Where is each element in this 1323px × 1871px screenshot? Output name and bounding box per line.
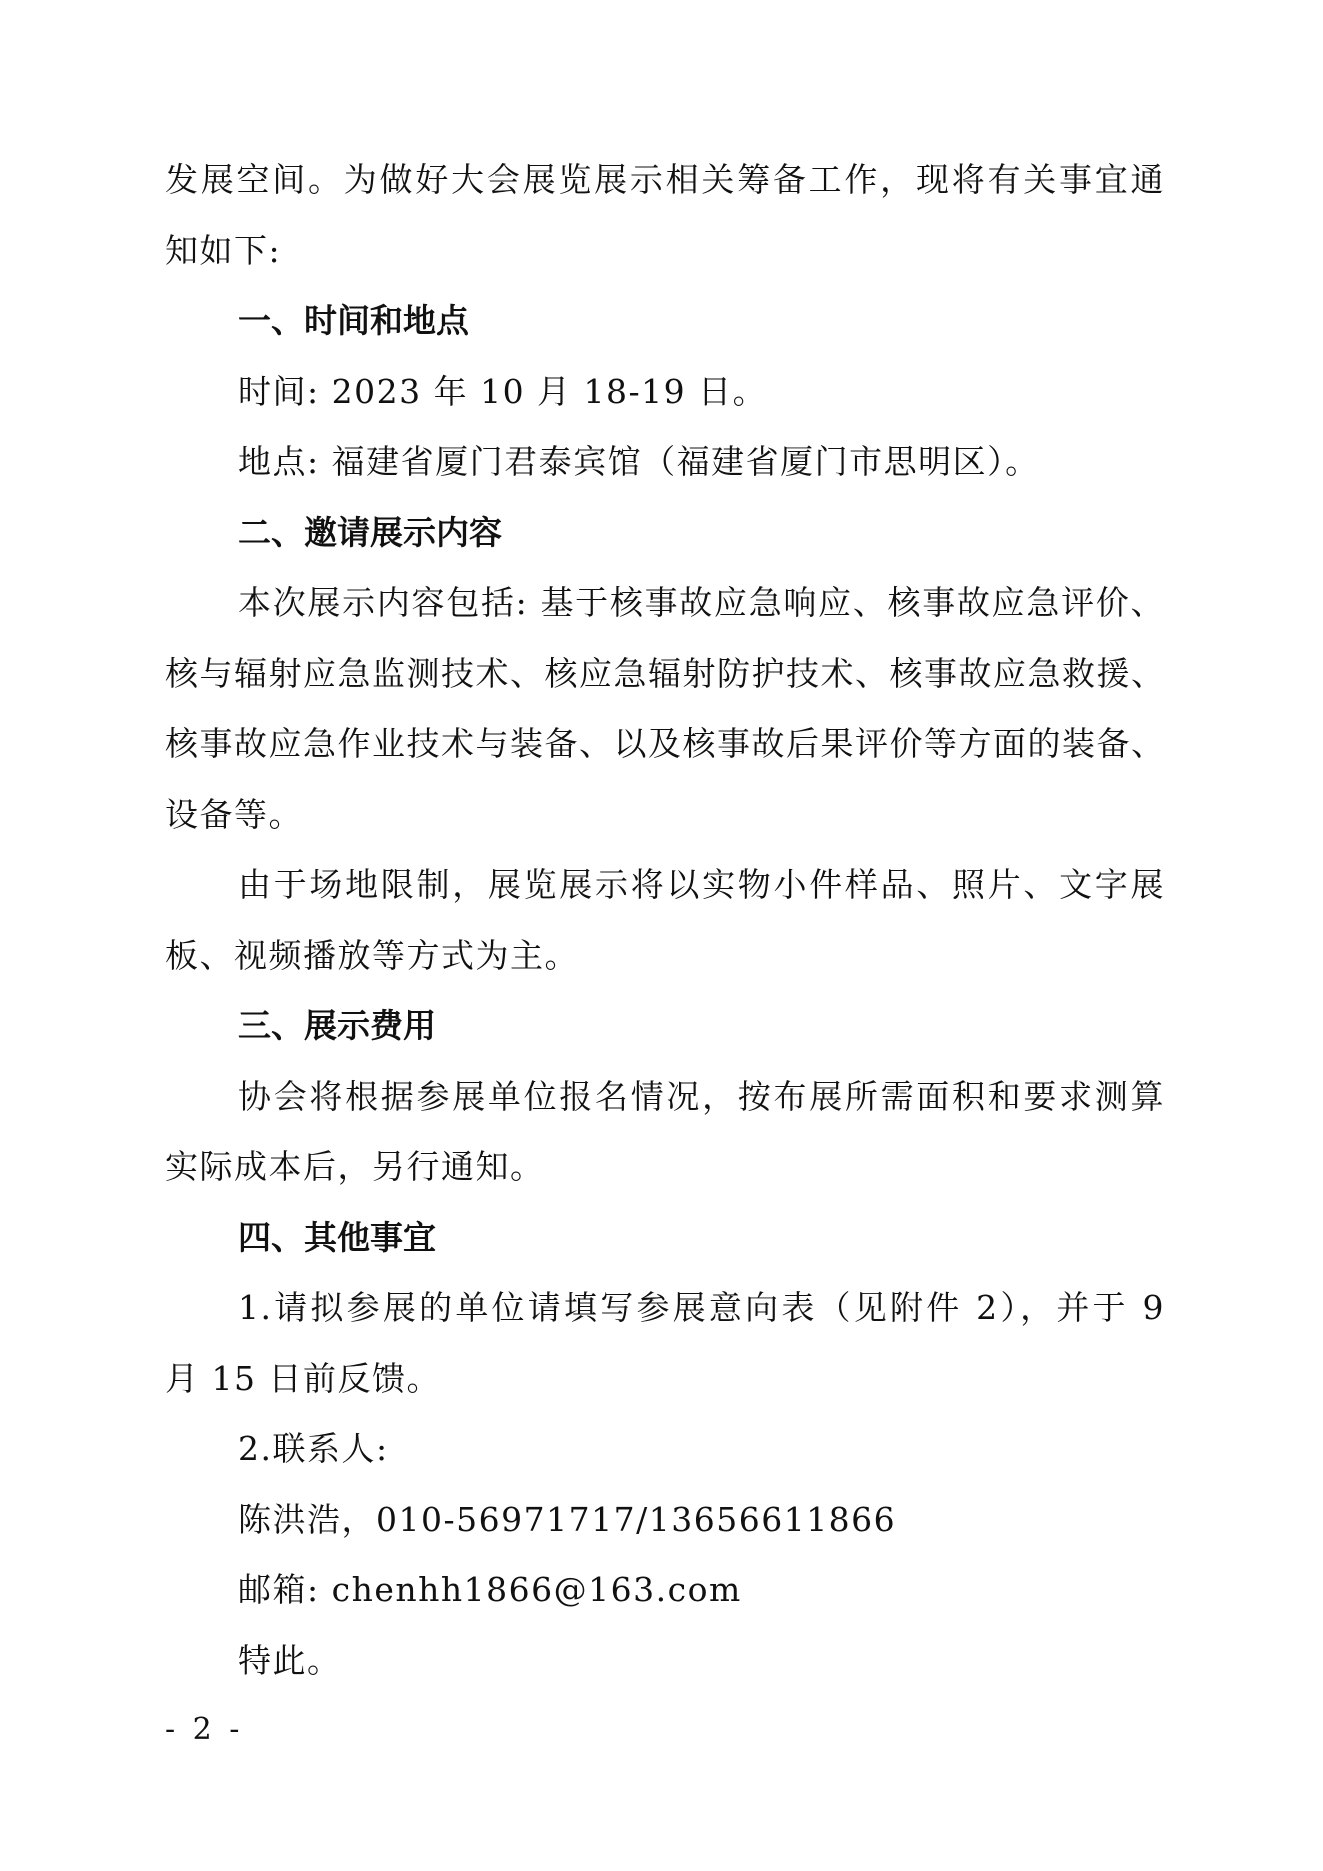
fees-line-2: 实际成本后，另行通知。 <box>165 1147 545 1187</box>
contact-person-line: 陈洪浩，010-56971717/13656611866 <box>238 1500 896 1540</box>
email-line: 邮箱: chenhh1866@163.com <box>238 1570 742 1610</box>
content-line-3: 核事故应急作业技术与装备、以及核事故后果评价等方面的装备、 <box>165 724 1165 764</box>
item1-line-2: 月 15 日前反馈。 <box>165 1359 441 1399</box>
intro-line-1: 发展空间。为做好大会展览展示相关筹备工作，现将有关事宜通 <box>165 160 1165 200</box>
page-number: - 2 - <box>165 1712 243 1748</box>
venue-limit-line-1: 由于场地限制，展览展示将以实物小件样品、照片、文字展 <box>238 865 1165 905</box>
venue-limit-line-2: 板、视频播放等方式为主。 <box>165 936 579 976</box>
closing-line: 特此。 <box>238 1641 342 1681</box>
fees-line-1: 协会将根据参展单位报名情况，按布展所需面积和要求测算 <box>238 1077 1165 1117</box>
content-line-1: 本次展示内容包括: 基于核事故应急响应、核事故应急评价、 <box>238 583 1165 623</box>
section-heading-fees: 三、展示费用 <box>238 1006 436 1046</box>
intro-line-2: 知如下: <box>165 231 281 271</box>
time-line: 时间: 2023 年 10 月 18-19 日。 <box>238 372 767 412</box>
section-heading-exhibit-content: 二、邀请展示内容 <box>238 513 502 553</box>
content-line-2: 核与辐射应急监测技术、核应急辐射防护技术、核事故应急救援、 <box>165 654 1165 694</box>
section-heading-time-location: 一、时间和地点 <box>238 301 469 341</box>
location-line: 地点: 福建省厦门君泰宾馆（福建省厦门市思明区）。 <box>238 442 1040 482</box>
document-page: 发展空间。为做好大会展览展示相关筹备工作，现将有关事宜通 知如下: 一、时间和地… <box>0 0 1323 1871</box>
item2-contact-label: 2.联系人: <box>238 1429 389 1469</box>
item1-line-1: 1.请拟参展的单位请填写参展意向表（见附件 2），并于 9 <box>238 1288 1165 1328</box>
content-line-4: 设备等。 <box>165 795 303 835</box>
section-heading-other-matters: 四、其他事宜 <box>238 1218 436 1258</box>
